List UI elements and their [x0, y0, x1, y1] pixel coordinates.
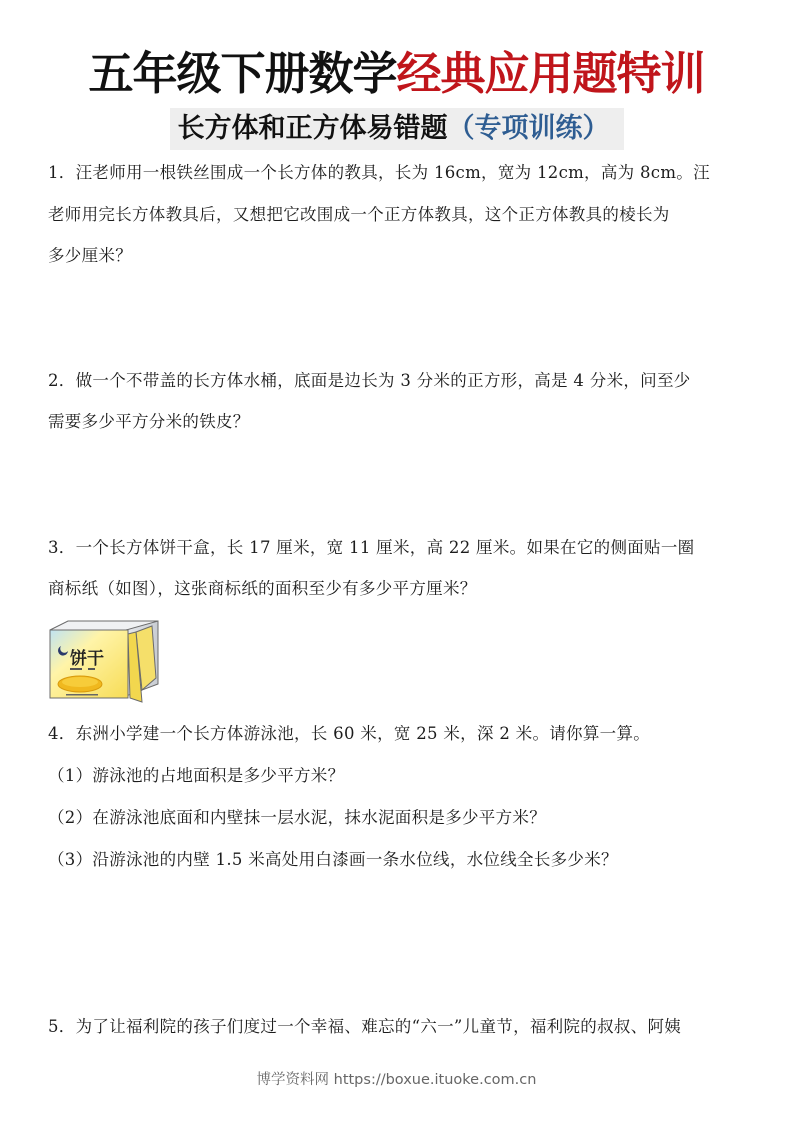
question-line: 3．一个长方体饼干盒，长 17 厘米，宽 11 厘米，高 22 厘米。如果在它的…: [48, 536, 758, 560]
biscuit-box-illustration: 饼干: [48, 618, 166, 704]
question-line: 老师用完长方体教具后，又想把它改围成一个正方体教具，这个正方体教具的棱长为: [48, 203, 758, 227]
subtitle-black-part: 长方体和正方体易错题: [178, 113, 448, 144]
title-black-part: 五年级下册数学: [88, 47, 396, 100]
question-line: 多少厘米？: [48, 244, 758, 268]
question-line: 商标纸（如图），这张商标纸的面积至少有多少平方厘米？: [48, 577, 758, 601]
subtitle-band: 长方体和正方体易错题（专项训练）: [170, 108, 624, 150]
question-line: 2．做一个不带盖的长方体水桶，底面是边长为 3 分米的正方形，高是 4 分米，问…: [48, 369, 758, 393]
question-line: 需要多少平方分米的铁皮？: [48, 410, 758, 434]
subtitle-row: 长方体和正方体易错题（专项训练）: [0, 108, 793, 150]
sub-question-1: （1）游泳池的占地面积是多少平方米？: [48, 764, 758, 788]
title-red-part: 经典应用题特训: [397, 47, 705, 100]
sub-question-3: （3）沿游泳池的内壁 1.5 米高处用白漆画一条水位线，水位线全长多少米？: [48, 848, 758, 872]
footer-watermark: 博学资料网 https://boxue.ituoke.com.cn: [0, 1069, 793, 1091]
question-line: 5．为了让福利院的孩子们度过一个幸福、难忘的“六一”儿童节，福利院的叔叔、阿姨: [48, 1015, 758, 1039]
subtitle-blue-part: （专项训练）: [448, 113, 610, 144]
question-line: 4．东洲小学建一个长方体游泳池，长 60 米，宽 25 米，深 2 米。请你算一…: [48, 722, 758, 746]
page-title: 五年级下册数学经典应用题特训: [0, 44, 793, 104]
question-line: 1．汪老师用一根铁丝围成一个长方体的教具，长为 16cm，宽为 12cm，高为 …: [48, 161, 758, 185]
biscuit-label: 饼干: [70, 648, 104, 669]
sub-question-2: （2）在游泳池底面和内壁抹一层水泥，抹水泥面积是多少平方米？: [48, 806, 758, 830]
